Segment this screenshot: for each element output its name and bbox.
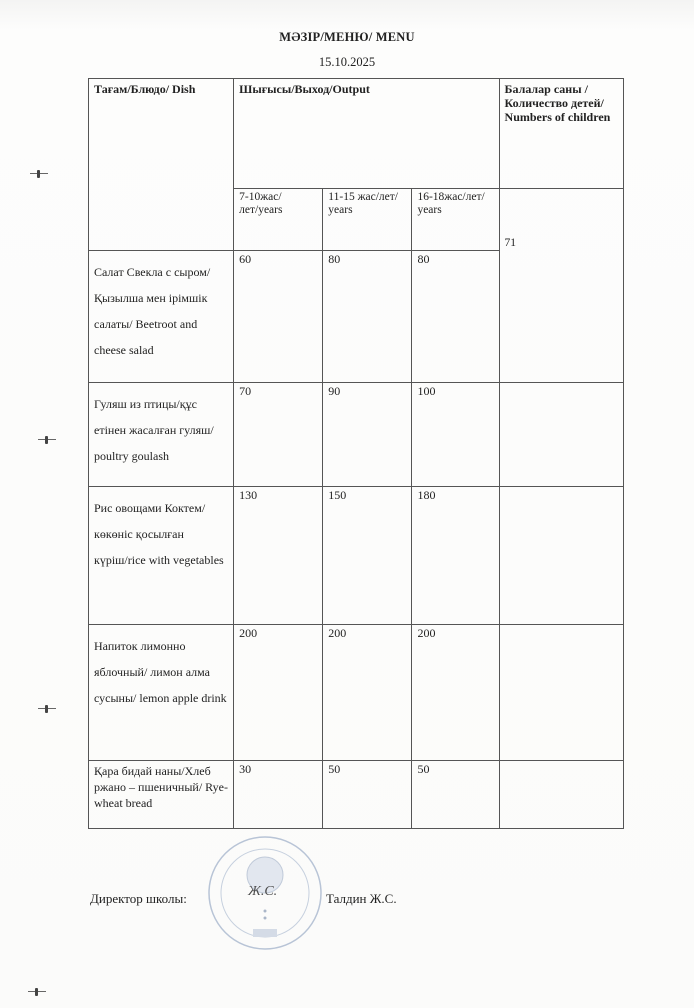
output-7-10: 60: [234, 251, 323, 383]
director-label: Директор школы:: [90, 891, 187, 907]
age-group-16-18: 16-18жас/лет/ years: [412, 189, 499, 251]
output-7-10: 70: [234, 383, 323, 487]
age-group-11-15: 11-15 жас/лет/ years: [323, 189, 412, 251]
registration-mark-icon: [38, 436, 56, 444]
output-16-18: 50: [412, 761, 499, 829]
header-children: Балалар саны /Количество детей/ Numbers …: [499, 79, 623, 189]
children-empty-cell: [499, 487, 623, 625]
output-11-15: 150: [323, 487, 412, 625]
dish-name: Қара бидай наны/Хлеб ржано – пшеничный/ …: [89, 761, 234, 829]
output-16-18: 80: [412, 251, 499, 383]
children-count: 71: [499, 189, 623, 383]
children-empty-cell: [499, 625, 623, 761]
output-16-18: 100: [412, 383, 499, 487]
registration-mark-icon: [30, 170, 48, 178]
children-empty-cell: [499, 761, 623, 829]
output-11-15: 90: [323, 383, 412, 487]
output-16-18: 180: [412, 487, 499, 625]
output-16-18: 200: [412, 625, 499, 761]
output-7-10: 130: [234, 487, 323, 625]
document-title: МӘЗІР/МЕНЮ/ MENU: [0, 30, 694, 45]
dish-name: Салат Свекла с сыром/Қызылша мен ірімшік…: [89, 251, 234, 383]
output-7-10: 200: [234, 625, 323, 761]
age-group-7-10: 7-10жас/лет/years: [234, 189, 323, 251]
dish-name: Рис овощами Коктем/ көкөніс қосылған күр…: [89, 487, 234, 625]
header-output: Шығысы/Выход/Output: [234, 79, 499, 189]
dish-name: Напиток лимонно яблочный/ лимон алма сус…: [89, 625, 234, 761]
header-row: Тағам/Блюдо/ Dish Шығысы/Выход/Output Ба…: [89, 79, 624, 189]
output-11-15: 200: [323, 625, 412, 761]
registration-mark-icon: [38, 705, 56, 713]
children-count-value: 71: [505, 237, 517, 249]
children-empty-cell: [499, 383, 623, 487]
document-date: 15.10.2025: [0, 55, 694, 70]
output-7-10: 30: [234, 761, 323, 829]
dish-name: Гуляш из птицы/құс етінен жасалған гуляш…: [89, 383, 234, 487]
output-11-15: 80: [323, 251, 412, 383]
director-name: Талдин Ж.С.: [326, 891, 397, 907]
output-11-15: 50: [323, 761, 412, 829]
table-row: Напиток лимонно яблочный/ лимон алма сус…: [89, 625, 624, 761]
registration-mark-icon: [28, 988, 46, 996]
menu-table: Тағам/Блюдо/ Dish Шығысы/Выход/Output Ба…: [88, 78, 624, 829]
header-dish: Тағам/Блюдо/ Dish: [89, 79, 234, 251]
table-row: Қара бидай наны/Хлеб ржано – пшеничный/ …: [89, 761, 624, 829]
director-signature: Ж.С.: [248, 884, 277, 900]
table-row: Гуляш из птицы/құс етінен жасалған гуляш…: [89, 383, 624, 487]
table-row: Рис овощами Коктем/ көкөніс қосылған күр…: [89, 487, 624, 625]
